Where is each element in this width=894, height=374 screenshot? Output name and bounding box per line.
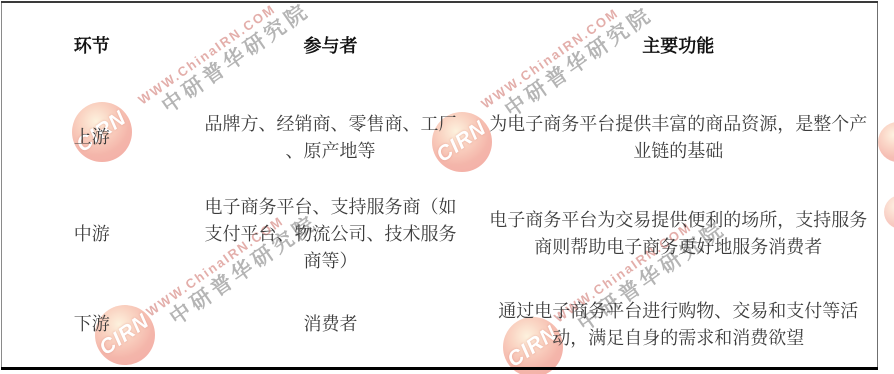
ecommerce-industry-chain-table: 环节 参与者 主要功能 上游 品牌方、经销商、零售商、工厂 、原产地等 为电子商… [1,1,878,370]
cell-functions: 电子商务平台为交易提供便利的场所，支持服务 商则帮助电子商务更好地服务消费者 [480,185,878,283]
cell-participants: 消费者 [182,283,480,368]
header-main-functions: 主要功能 [480,2,878,90]
cell-functions: 为电子商务平台提供丰富的商品资源，是整个产 业链的基础 [480,90,878,185]
cell-participants: 品牌方、经销商、零售商、工厂 、原产地等 [182,90,480,185]
table-row-downstream: 下游 消费者 通过电子商务平台进行购物、交易和支付等活 动，满足自身的需求和消费… [2,283,878,368]
cell-stage: 中游 [2,185,182,283]
cirn-logo-watermark-partial [884,195,894,229]
table-row-upstream: 上游 品牌方、经销商、零售商、工厂 、原产地等 为电子商务平台提供丰富的商品资源… [2,90,878,185]
table-row-midstream: 中游 电子商务平台、支持服务商（如 支付平台、物流公司、技术服务 商等） 电子商… [2,185,878,283]
cirn-logo-watermark-partial [878,122,894,162]
cell-stage: 上游 [2,90,182,185]
cell-stage: 下游 [2,283,182,368]
header-participants: 参与者 [182,2,480,90]
table-header-row: 环节 参与者 主要功能 [2,2,878,90]
cell-participants: 电子商务平台、支持服务商（如 支付平台、物流公司、技术服务 商等） [182,185,480,283]
cell-functions: 通过电子商务平台进行购物、交易和支付等活 动，满足自身的需求和消费欲望 [480,283,878,368]
header-stage: 环节 [2,2,182,90]
